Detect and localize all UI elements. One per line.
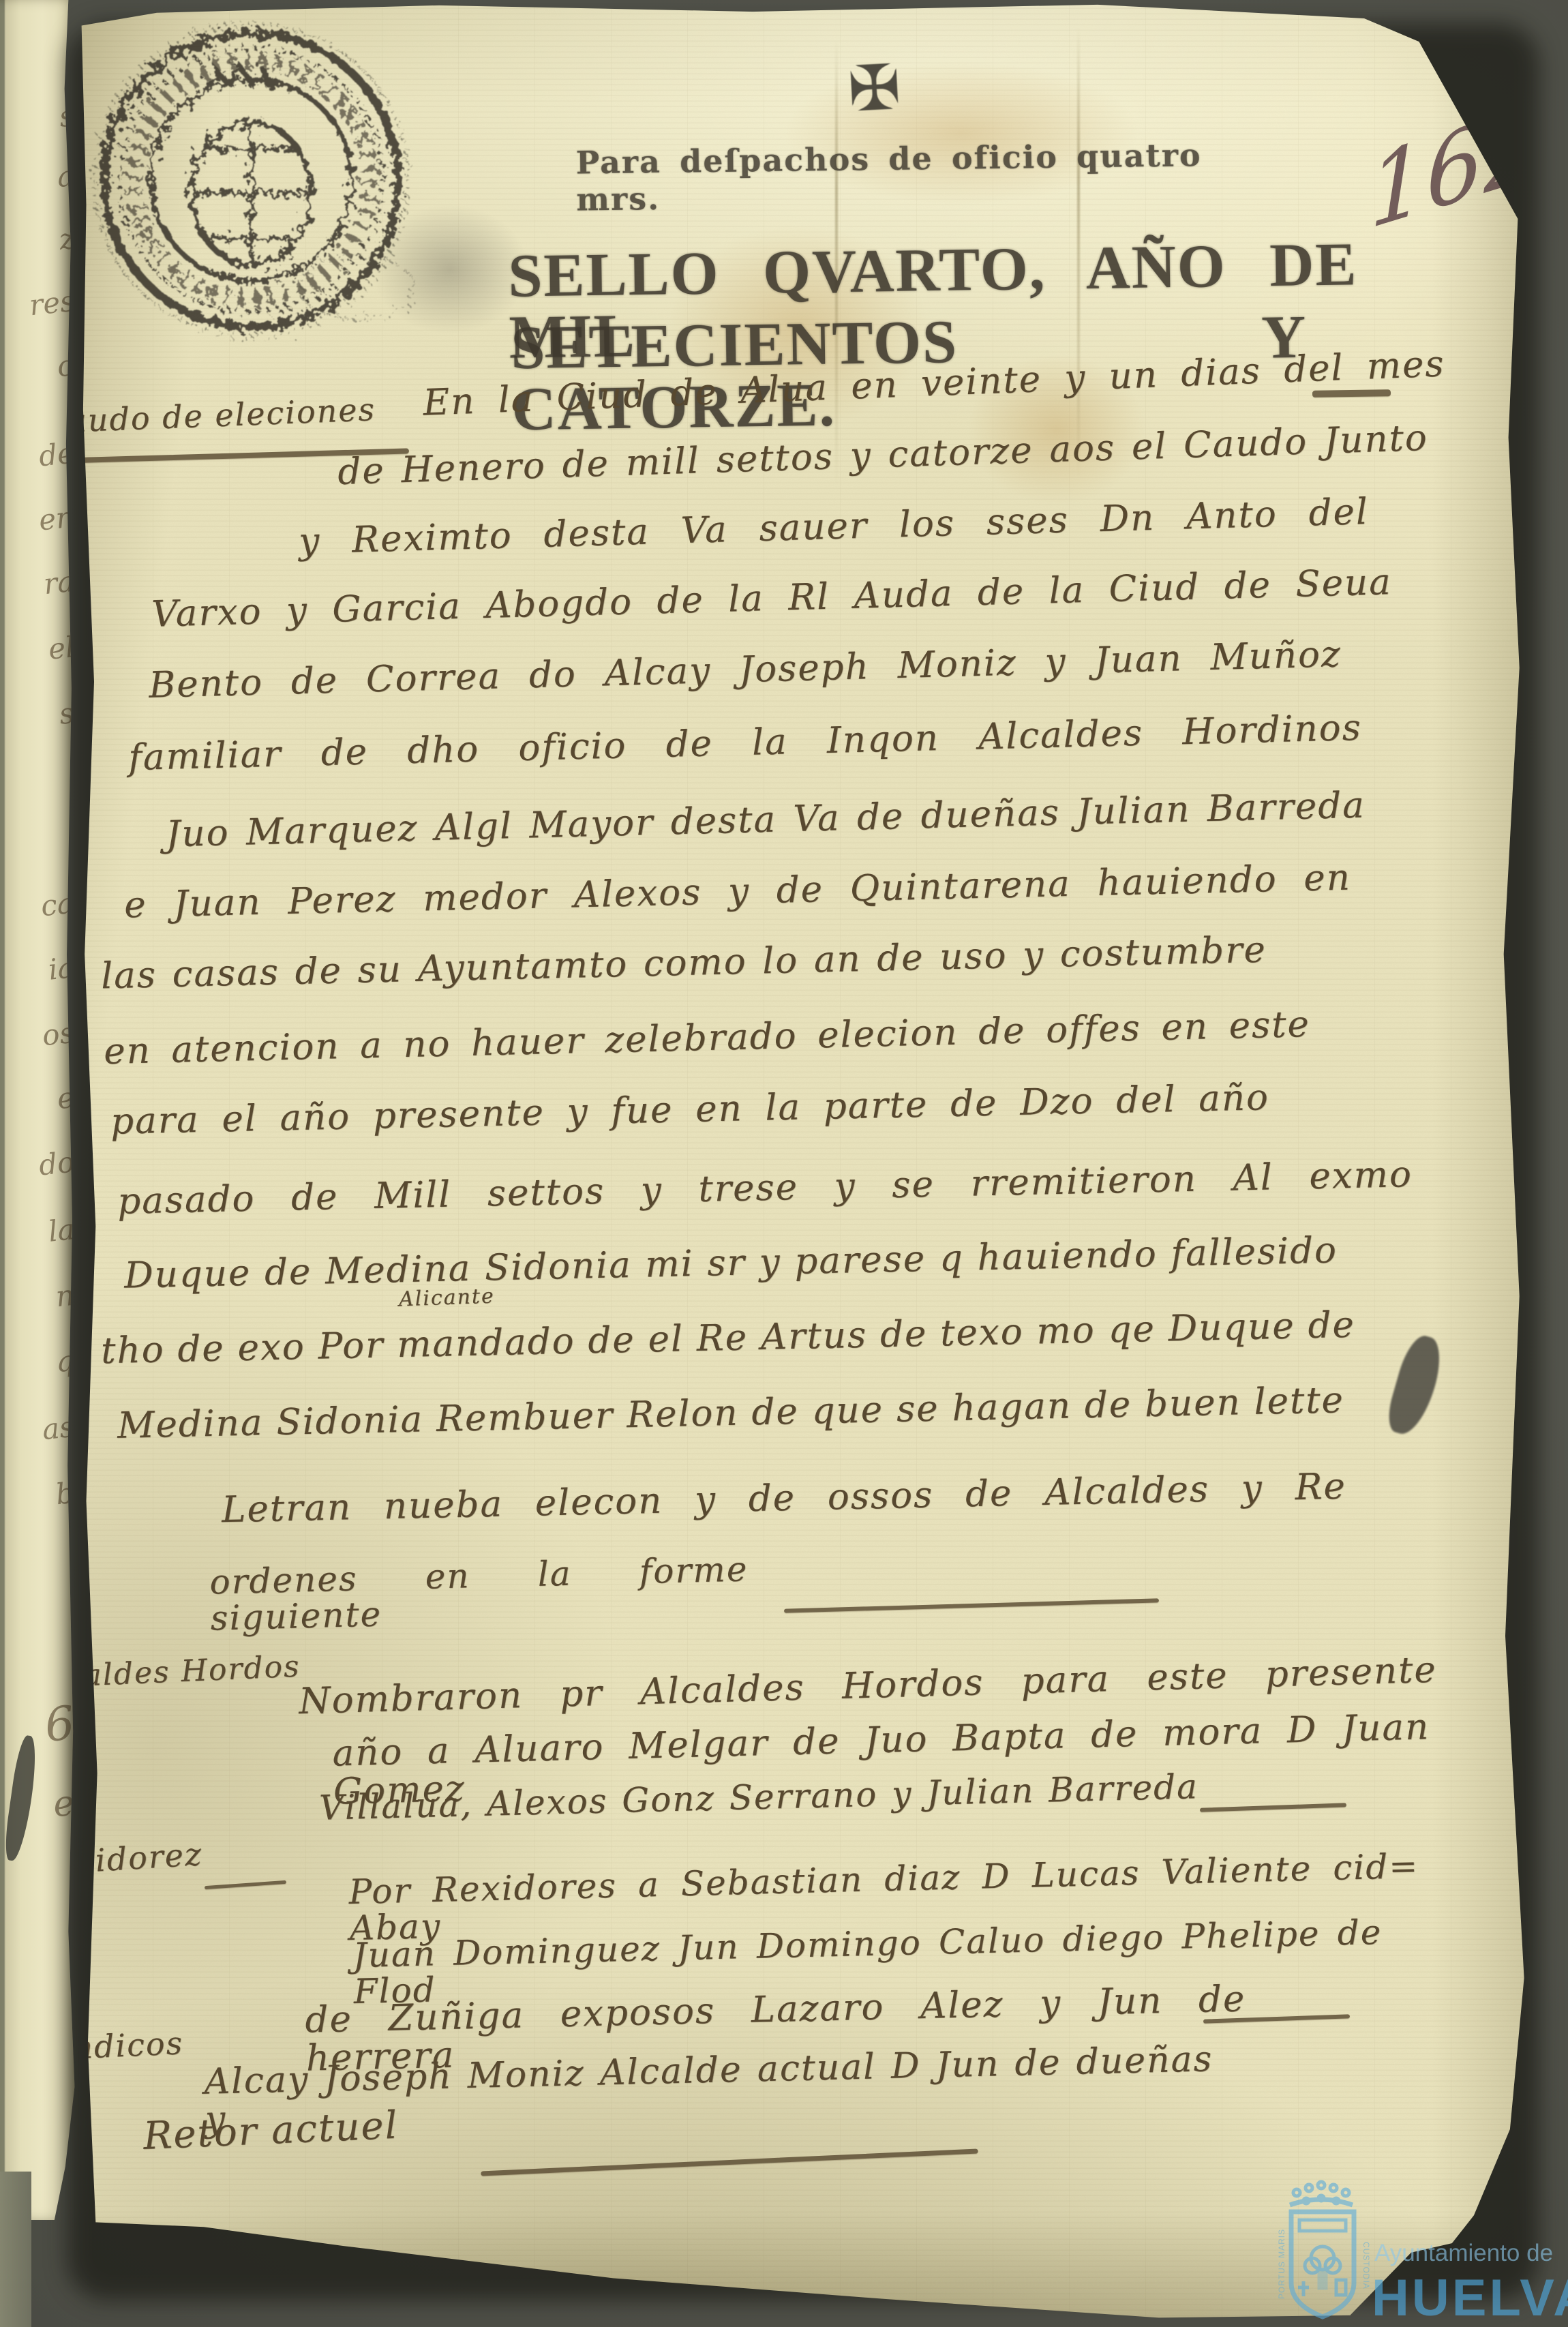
watermark-motto-left: PORTUS MARIS [1277, 2229, 1286, 2299]
watermark-motto-right: CUSTODIA [1361, 2242, 1371, 2290]
previous-folio-edge: sazresodeenraelscaiaosedolanqasb6e [0, 0, 78, 2220]
seal-graphic [74, 15, 459, 387]
paper-tear [2, 1735, 40, 1862]
watermark-org-small: Ayuntamiento de [1374, 2240, 1553, 2266]
printers-cross-icon: ✠ [847, 56, 903, 121]
ink-seal [74, 15, 459, 387]
paper-sliver [0, 2172, 31, 2327]
watermark-org-big: HUELVA [1372, 2269, 1568, 2327]
archive-watermark: PORTUS MARIS CUSTODIA Ayuntamiento de HU… [1246, 2179, 1568, 2327]
scan-background: sazresodeenraelscaiaosedolanqasb6e [0, 0, 1568, 2327]
ink-stroke [1312, 389, 1391, 397]
watermark-shield-icon [1290, 2182, 1354, 2317]
manuscript-line: ordenes en la forme siguiente [209, 1551, 749, 1636]
interline-note: Alicante [398, 1286, 495, 1310]
manuscript-page: ✠ Para deſpachos de oficio quatro mrs. S… [0, 0, 1568, 2327]
edge-shade-right [1432, 0, 1568, 2327]
printed-fee-line: Para deſpachos de oficio quatro mrs. [575, 136, 1202, 217]
